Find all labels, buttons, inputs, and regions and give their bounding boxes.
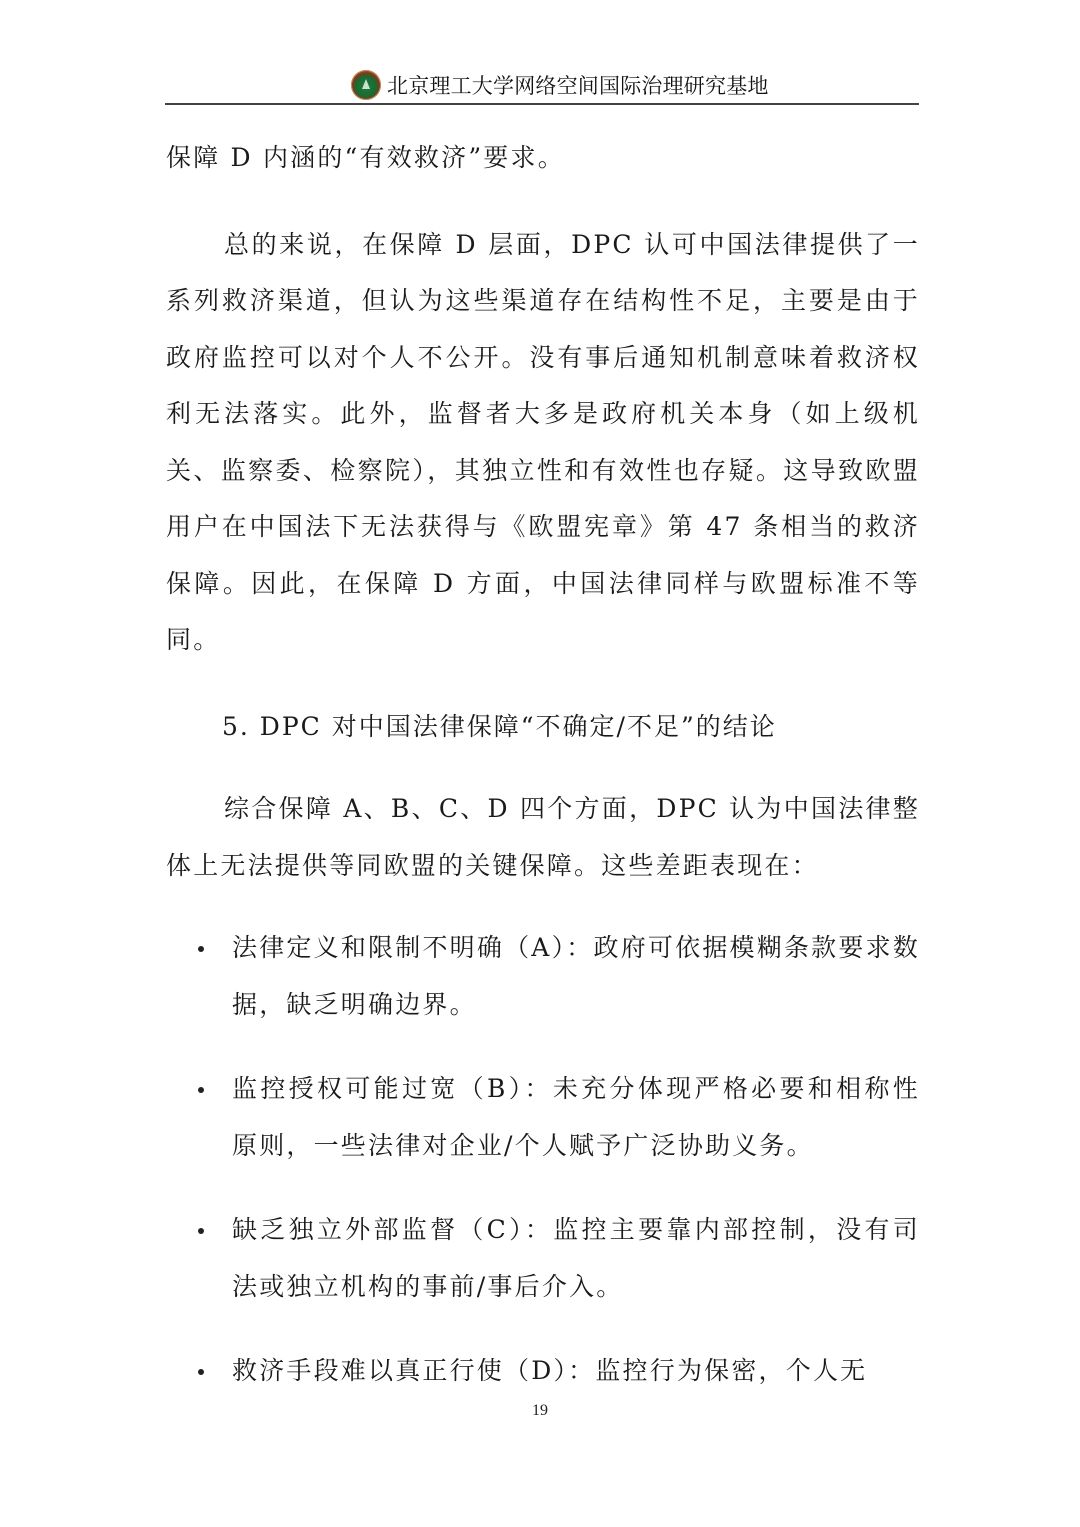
- header-divider: [165, 103, 919, 105]
- list-item-text: 监控授权可能过宽（B）：未充分体现严格必要和相称性原则，一些法律对企业/个人赋予…: [232, 1074, 920, 1160]
- list-item-text: 缺乏独立外部监督（C）：监控主要靠内部控制，没有司法或独立机构的事前/事后介入。: [232, 1215, 920, 1301]
- list-item-c: 缺乏独立外部监督（C）：监控主要靠内部控制，没有司法或独立机构的事前/事后介入。: [166, 1202, 920, 1315]
- section-heading-5: 5. DPC 对中国法律保障“不确定/不足”的结论: [166, 699, 920, 756]
- gap-bullet-list: 法律定义和限制不明确（A）：政府可依据模糊条款要求数据，缺乏明确边界。 监控授权…: [166, 920, 920, 1400]
- list-item-a: 法律定义和限制不明确（A）：政府可依据模糊条款要求数据，缺乏明确边界。: [166, 920, 920, 1033]
- bullet-icon: [198, 946, 204, 952]
- spacer: [166, 894, 920, 920]
- bullet-icon: [198, 1228, 204, 1234]
- document-body: 保障 D 内涵的“有效救济”要求。 总的来说，在保障 D 层面，DPC 认可中国…: [166, 130, 920, 1428]
- header-branding: 北京理工大学网络空间国际治理研究基地: [351, 70, 769, 100]
- paragraph-conclusion-intro: 综合保障 A、B、C、D 四个方面，DPC 认为中国法律整体上无法提供等同欧盟的…: [166, 781, 920, 894]
- spacer: [166, 755, 920, 781]
- page-number: 19: [0, 1402, 1080, 1420]
- paragraph-guarantee-d-tail: 保障 D 内涵的“有效救济”要求。: [166, 130, 920, 187]
- paragraph-guarantee-d-summary: 总的来说，在保障 D 层面，DPC 认可中国法律提供了一系列救济渠道，但认为这些…: [166, 217, 920, 669]
- list-item-d: 救济手段难以真正行使（D）：监控行为保密，个人无: [166, 1343, 920, 1400]
- spacer: [166, 187, 920, 217]
- list-item-text: 救济手段难以真正行使（D）：监控行为保密，个人无: [232, 1356, 867, 1385]
- bullet-icon: [198, 1369, 204, 1375]
- header-title: 北京理工大学网络空间国际治理研究基地: [387, 70, 769, 100]
- list-item-b: 监控授权可能过宽（B）：未充分体现严格必要和相称性原则，一些法律对企业/个人赋予…: [166, 1061, 920, 1174]
- university-emblem-icon: [351, 70, 381, 100]
- bullet-icon: [198, 1087, 204, 1093]
- list-item-text: 法律定义和限制不明确（A）：政府可依据模糊条款要求数据，缺乏明确边界。: [232, 933, 920, 1019]
- page-header: 北京理工大学网络空间国际治理研究基地: [165, 66, 919, 106]
- spacer: [166, 669, 920, 699]
